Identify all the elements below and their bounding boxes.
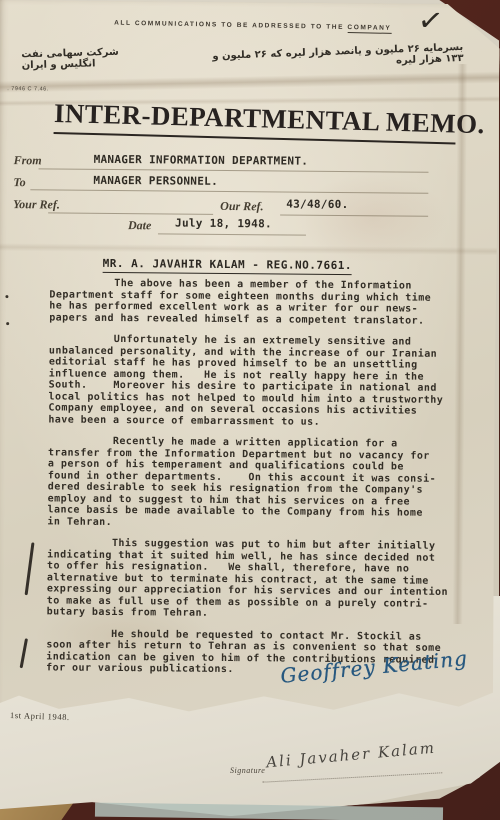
crease [0,71,499,93]
ink-dot [5,295,8,298]
paper-stain [298,173,449,264]
form-line [48,212,213,214]
to-value: MANAGER PERSONNEL. [93,174,218,188]
memo-title: INTER-DEPARTMENTAL MEMO. [54,98,457,145]
table-edge [95,803,443,820]
form-line [30,189,428,193]
routing-notice-text: ALL COMMUNICATIONS TO BE ADDRESSED TO TH… [114,20,347,31]
margin-ink-mark [20,638,28,668]
memo-body: The above has been a member of the Infor… [46,277,465,687]
form-line [158,233,306,235]
farsi-capital-line: بسرمایه ۲۶ ملیون و یانصد هزار لیره که ۲۶… [191,42,464,74]
from-value: MANAGER INFORMATION DEPARTMENT. [94,153,309,168]
memo-subject: MR. A. JAVAHIR KALAM - REG.NO.7661. [103,257,352,275]
signature-label: Signature [230,766,265,775]
farsi-company-name: شرکت سهامی نفت انگلیس و ایران [21,46,142,71]
underlay-date-stamp: 1st April 1948. [10,710,70,722]
photo-frame: 1st April 1948. Signature Ali Javaher Ka… [0,0,500,820]
paragraph-3: Recently he made a written application f… [47,435,463,531]
form-line [39,168,429,172]
form-number: . 7946 C 7.46. [7,86,49,92]
from-label: From [14,153,42,168]
our-ref-value: 43/48/60. [286,198,348,212]
crease [0,243,498,255]
check-mark: ✓ [415,2,445,40]
to-label: To [13,175,25,190]
margin-ink-mark [25,542,34,595]
date-label: Date [128,218,151,233]
ink-dot [6,322,9,325]
routing-notice-company: COMPANY [347,24,391,34]
paragraph-1: The above has been a member of the Infor… [49,277,464,327]
routing-notice: ALL COMMUNICATIONS TO BE ADDRESSED TO TH… [108,19,398,32]
form-line [280,214,428,216]
paragraph-4: This suggestion was put to him but after… [47,537,463,621]
our-ref-label: Our Ref. [220,199,263,214]
paragraph-2: Unfortunately he is an extremely sensiti… [48,333,464,429]
memo-sheet: ALL COMMUNICATIONS TO BE ADDRESSED TO TH… [0,0,500,718]
your-ref-label: Your Ref. [13,197,60,212]
date-value: July 18, 1948. [175,217,272,231]
